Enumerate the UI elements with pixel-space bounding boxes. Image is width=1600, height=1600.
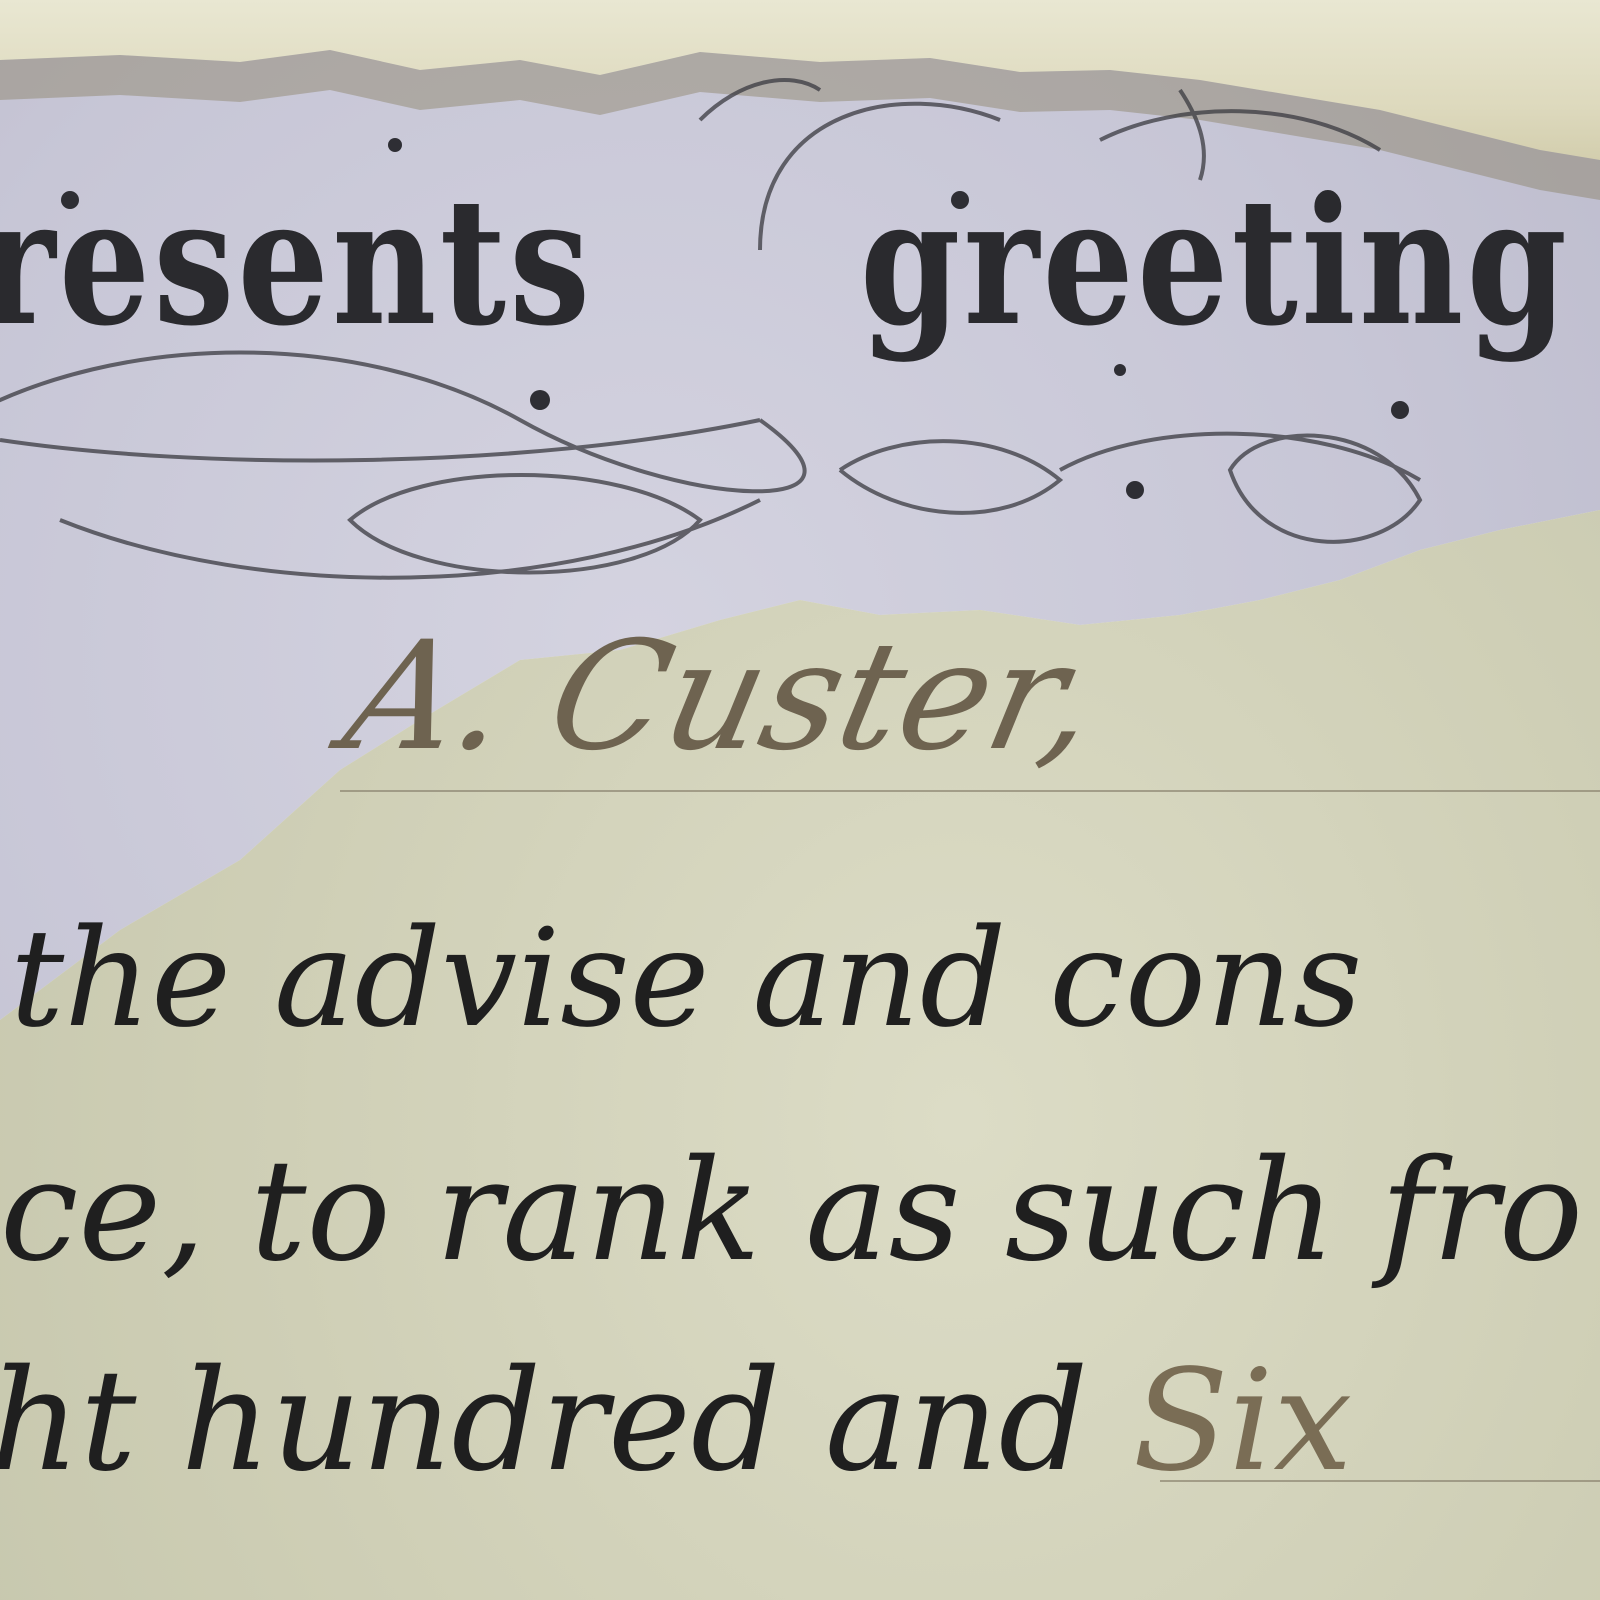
body-line-3-text: ht hundred and bbox=[0, 1340, 1088, 1503]
handwritten-signature: A. Custer, bbox=[332, 610, 1113, 784]
body-line-3: ht hundred and Six bbox=[0, 1340, 1352, 1503]
body-line-1: the advise and cons bbox=[10, 900, 1362, 1057]
body-line-2: ce, to rank as such fro bbox=[0, 1130, 1583, 1293]
year-ruled-line bbox=[1160, 1480, 1600, 1482]
header-word-greeting: greeting bbox=[860, 160, 1570, 365]
header-word-presents: resents bbox=[0, 160, 593, 365]
handwritten-year-fill: Six bbox=[1133, 1340, 1353, 1503]
document-photo: resents greeting A. Custer, the advise a… bbox=[0, 0, 1600, 1600]
signature-ruled-line bbox=[340, 790, 1600, 792]
